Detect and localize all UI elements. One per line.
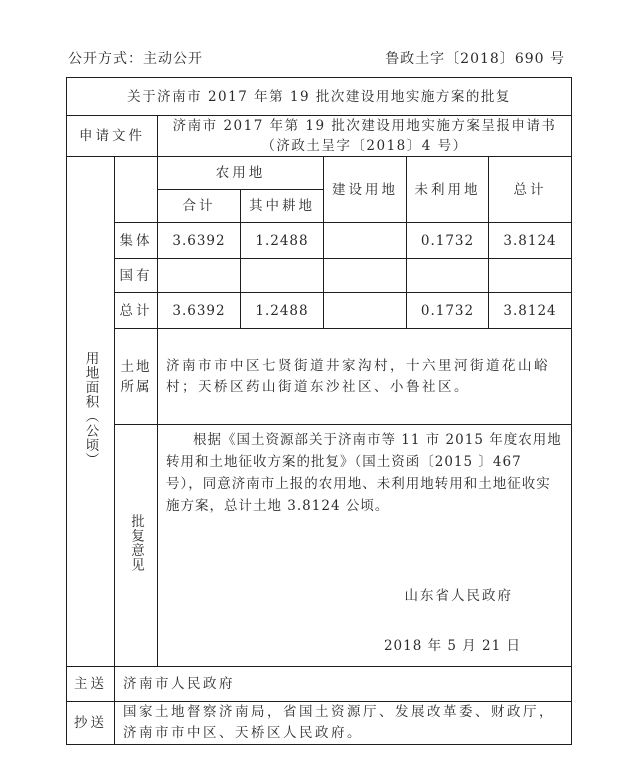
table-row: 总计 3.6392 1.2488 0.1732 3.8124 — [67, 293, 572, 329]
header-blank — [115, 157, 158, 223]
application-number: （济政土呈字〔2018〕4 号） — [158, 136, 571, 156]
opinion-label: 批复意见 — [126, 514, 146, 572]
row-label: 国有 — [115, 259, 158, 293]
header-unused: 未利用地 — [407, 157, 489, 223]
application-document: 济南市 2017 年第 19 批次建设用地实施方案呈报申请书 （济政土呈字〔20… — [158, 116, 572, 157]
land-area-label: 用地面积（公顷） — [81, 351, 101, 467]
application-label: 申请文件 — [67, 116, 158, 157]
approval-table: 关于济南市 2017 年第 19 批次建设用地实施方案的批复 申请文件 济南市 … — [66, 77, 572, 745]
cell-total: 3.8124 — [489, 293, 572, 329]
ownership-label-line1: 土地 — [115, 357, 157, 377]
main-recipient-label: 主送 — [67, 667, 115, 702]
main-recipient: 济南市人民政府 — [115, 667, 572, 702]
land-ownership: 济南市市中区七贤街道井家沟村，十六里河街道花山峪村；天桥区药山街道东沙社区、小鲁… — [158, 329, 572, 425]
table-row: 国有 — [67, 259, 572, 293]
cell-subtotal — [158, 259, 241, 293]
row-label: 集体 — [115, 223, 158, 259]
opinion-text: 根据《国土资源部关于济南市等 11 市 2015 年度农用地转用和土地征收方案的… — [166, 429, 563, 517]
cell-construction — [324, 259, 407, 293]
disclosure-method: 公开方式：主动公开 — [68, 48, 203, 68]
header-construction: 建设用地 — [324, 157, 407, 223]
cell-farmland: 1.2488 — [241, 223, 324, 259]
cell-construction — [324, 293, 407, 329]
land-area-label-cell: 用地面积（公顷） — [67, 157, 115, 667]
signer: 山东省人民政府 — [405, 586, 514, 606]
document-number: 鲁政土字〔2018〕690 号 — [385, 48, 565, 68]
cell-subtotal: 3.6392 — [158, 223, 241, 259]
header-subtotal: 合计 — [158, 190, 241, 223]
approval-date: 2018 年 5 月 21 日 — [384, 636, 521, 656]
ownership-label: 土地 所属 — [115, 329, 158, 425]
cell-construction — [324, 223, 407, 259]
row-label: 总计 — [115, 293, 158, 329]
cell-unused: 0.1732 — [407, 293, 489, 329]
document-title: 关于济南市 2017 年第 19 批次建设用地实施方案的批复 — [67, 78, 572, 116]
cc-recipients: 国家土地督察济南局，省国土资源厅、发展改革委、财政厅，济南市市中区、天桥区人民政… — [115, 702, 572, 745]
cell-unused — [407, 259, 489, 293]
table-row: 集体 3.6392 1.2488 0.1732 3.8124 — [67, 223, 572, 259]
ownership-label-line2: 所属 — [115, 377, 157, 397]
cell-unused: 0.1732 — [407, 223, 489, 259]
cell-farmland — [241, 259, 324, 293]
cell-total: 3.8124 — [489, 223, 572, 259]
application-title: 济南市 2017 年第 19 批次建设用地实施方案呈报申请书 — [158, 116, 571, 136]
header-total: 总计 — [489, 157, 572, 223]
cc-label: 抄送 — [67, 702, 115, 745]
opinion-label-cell: 批复意见 — [115, 425, 158, 667]
opinion-content: 根据《国土资源部关于济南市等 11 市 2015 年度农用地转用和土地征收方案的… — [158, 425, 572, 667]
cell-farmland: 1.2488 — [241, 293, 324, 329]
header-farmland: 其中耕地 — [241, 190, 324, 223]
cell-total — [489, 259, 572, 293]
cell-subtotal: 3.6392 — [158, 293, 241, 329]
header-agricultural: 农用地 — [158, 157, 324, 190]
